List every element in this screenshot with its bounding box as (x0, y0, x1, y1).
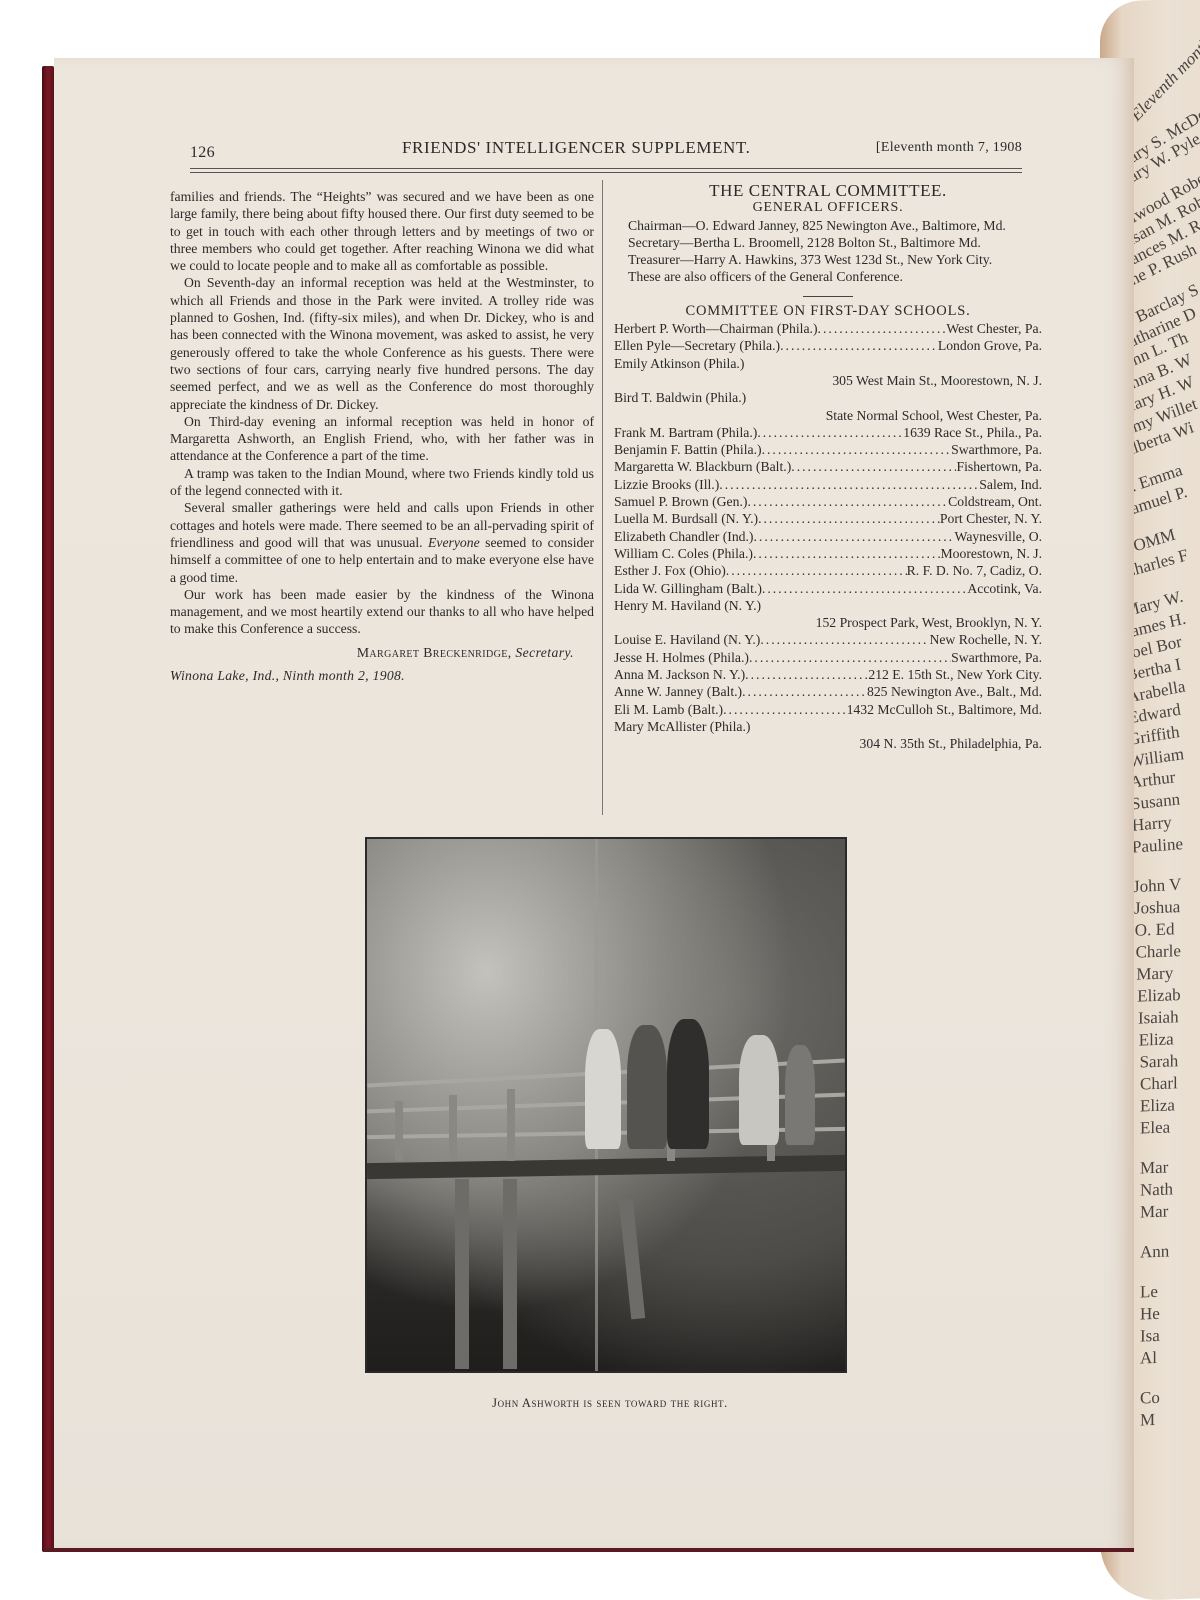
member-location: Fishertown, Pa. (956, 458, 1042, 475)
member-name: Herbert P. Worth—Chairman (Phila.) (614, 320, 818, 337)
leader-dots (747, 493, 948, 510)
leader-dots (753, 528, 954, 545)
facing-page-line: Arthur (1129, 767, 1176, 792)
committee-member: Mary McAllister (Phila.) (614, 718, 1042, 735)
leader-dots (723, 701, 846, 718)
facing-page-line: Mar (1140, 1202, 1168, 1223)
signature-name: Margaret Breckenridge, (357, 645, 516, 660)
committee-member: William C. Coles (Phila.)Moorestown, N. … (614, 545, 1042, 562)
bridge-pile (455, 1179, 469, 1369)
facing-page-line: Al (1140, 1348, 1157, 1369)
committee-member: Emily Atkinson (Phila.) (614, 355, 1042, 372)
paragraph: Several smaller gatherings were held and… (170, 499, 594, 585)
officer-entry: Secretary—Bertha L. Broomell, 2128 Bolto… (614, 234, 1042, 251)
member-location: New Rochelle, N. Y. (929, 631, 1042, 648)
member-name: Esther J. Fox (Ohio) (614, 562, 726, 579)
leader-dots (749, 649, 951, 666)
member-location: 1432 McCulloh St., Baltimore, Md. (847, 701, 1042, 718)
header-rule (190, 168, 1022, 169)
leader-dots (762, 441, 952, 458)
member-location: 1639 Race St., Phila., Pa. (903, 424, 1042, 441)
bridge-pile (503, 1179, 517, 1369)
member-location: Salem, Ind. (979, 476, 1042, 493)
bridge-pile (619, 1199, 645, 1320)
committee-member: Esther J. Fox (Ohio)R. F. D. No. 7, Cadi… (614, 562, 1042, 579)
paragraph: Our work has been made easier by the kin… (170, 586, 594, 638)
member-name: Ellen Pyle—Secretary (Phila.) (614, 337, 780, 354)
committee-member: Bird T. Baldwin (Phila.) (614, 389, 1042, 406)
member-location: Swarthmore, Pa. (951, 441, 1042, 458)
book-spine (42, 66, 54, 1552)
member-location: R. F. D. No. 7, Cadiz, O. (907, 562, 1042, 579)
page-number: 126 (190, 144, 215, 162)
member-address: 305 West Main St., Moorestown, N. J. (614, 372, 1042, 389)
committee-member: Jesse H. Holmes (Phila.)Swarthmore, Pa. (614, 649, 1042, 666)
leader-dots (745, 666, 868, 683)
member-location: Moorestown, N. J. (940, 545, 1042, 562)
paragraph: families and friends. The “Heights” was … (170, 188, 594, 274)
committee-member: Anna M. Jackson N. Y.)212 E. 15th St., N… (614, 666, 1042, 683)
committee-member: Benjamin F. Battin (Phila.)Swarthmore, P… (614, 441, 1042, 458)
member-name: Benjamin F. Battin (Phila.) (614, 441, 762, 458)
person-figure-john-ashworth (667, 1019, 709, 1149)
facing-page-line: He (1140, 1304, 1160, 1325)
member-name: Lida W. Gillingham (Balt.) (614, 580, 762, 597)
facing-page-line: Joshua (1134, 897, 1180, 919)
committee-member: Samuel P. Brown (Gen.)Coldstream, Ont. (614, 493, 1042, 510)
leader-dots (742, 683, 867, 700)
leader-dots (758, 510, 940, 527)
signature-role: Secretary. (515, 645, 574, 660)
person-figure (739, 1035, 779, 1145)
leader-dots (753, 545, 941, 562)
committee-member: Louise E. Haviland (N. Y.)New Rochelle, … (614, 631, 1042, 648)
member-location: Coldstream, Ont. (948, 493, 1042, 510)
committee-member: Anne W. Janney (Balt.)825 Newington Ave.… (614, 683, 1042, 700)
bridge-photograph (365, 837, 847, 1373)
member-location: London Grove, Pa. (938, 337, 1042, 354)
member-name: Mary McAllister (Phila.) (614, 718, 750, 735)
leader-dots (719, 476, 979, 493)
member-name: Frank M. Bartram (Phila.) (614, 424, 757, 441)
right-column-committee: THE CENTRAL COMMITTEE. GENERAL OFFICERS.… (614, 182, 1042, 753)
facing-page-line: Nath (1140, 1179, 1173, 1200)
member-name: Anna M. Jackson N. Y.) (614, 666, 745, 683)
facing-page-line: Isaiah (1138, 1007, 1179, 1028)
committee-member: Frank M. Bartram (Phila.)1639 Race St., … (614, 424, 1042, 441)
leader-dots (780, 337, 938, 354)
member-location: Accotink, Va. (967, 580, 1042, 597)
facing-page-line: Harry (1131, 812, 1172, 835)
facing-page-line: O. Ed (1135, 919, 1175, 940)
person-figure (785, 1045, 815, 1145)
issue-date: [Eleventh month 7, 1908 (876, 140, 1022, 156)
person-figure (585, 1029, 621, 1149)
paragraph: On Seventh-day an informal reception was… (170, 274, 594, 412)
member-name: Margaretta W. Blackburn (Balt.) (614, 458, 791, 475)
officer-entry: Chairman—O. Edward Janney, 825 Newington… (614, 217, 1042, 234)
committee-member: Margaretta W. Blackburn (Balt.)Fishertow… (614, 458, 1042, 475)
facing-page-line: Le (1140, 1282, 1158, 1303)
facing-page-line: Isa (1140, 1326, 1160, 1347)
leader-dots (791, 458, 956, 475)
emphasis: Everyone (428, 535, 480, 550)
member-name: William C. Coles (Phila.) (614, 545, 753, 562)
member-name: Jesse H. Holmes (Phila.) (614, 649, 749, 666)
member-location: Swarthmore, Pa. (951, 649, 1042, 666)
committee-member: Henry M. Haviland (N. Y.) (614, 597, 1042, 614)
committee-member: Lizzie Brooks (Ill.)Salem, Ind. (614, 476, 1042, 493)
leader-dots (762, 580, 967, 597)
facing-page-line: Elea (1140, 1117, 1170, 1138)
facing-page-line: Charl (1140, 1073, 1178, 1094)
dateline: Winona Lake, Ind., Ninth month 2, 1908. (170, 667, 594, 684)
member-name: Luella M. Burdsall (N. Y.) (614, 510, 758, 527)
leader-dots (757, 424, 903, 441)
member-list: Herbert P. Worth—Chairman (Phila.)West C… (614, 320, 1042, 752)
publication-title: FRIENDS' INTELLIGENCER SUPPLEMENT. (402, 138, 751, 158)
section-subtitle: GENERAL OFFICERS. (614, 199, 1042, 216)
facing-page-line: Susann (1130, 789, 1180, 814)
committee-title: COMMITTEE ON FIRST-DAY SCHOOLS. (614, 303, 1042, 320)
member-name: Louise E. Haviland (N. Y.) (614, 631, 760, 648)
committee-member: Ellen Pyle—Secretary (Phila.)London Grov… (614, 337, 1042, 354)
railing-post (449, 1095, 457, 1161)
person-figure (627, 1025, 667, 1149)
leader-dots (726, 562, 907, 579)
member-location: Port Chester, N. Y. (940, 510, 1042, 527)
book-bottom-edge (44, 1548, 1134, 1552)
column-divider (602, 180, 603, 815)
member-name: Anne W. Janney (Balt.) (614, 683, 742, 700)
facing-page-line: Mar (1140, 1158, 1168, 1179)
officer-note: These are also officers of the General C… (614, 268, 1042, 285)
officer-entry: Treasurer—Harry A. Hawkins, 373 West 123… (614, 251, 1042, 268)
facing-page-line: Co (1140, 1388, 1160, 1409)
member-address: 304 N. 35th St., Philadelphia, Pa. (614, 735, 1042, 752)
page-header: 126 FRIENDS' INTELLIGENCER SUPPLEMENT. [… (190, 138, 1022, 164)
member-name: Elizabeth Chandler (Ind.) (614, 528, 753, 545)
member-address: 152 Prospect Park, West, Brooklyn, N. Y. (614, 614, 1042, 631)
member-address: State Normal School, West Chester, Pa. (614, 407, 1042, 424)
paragraph: A tramp was taken to the Indian Mound, w… (170, 465, 594, 500)
section-rule (803, 296, 853, 297)
railing-post (395, 1101, 403, 1161)
member-name: Emily Atkinson (Phila.) (614, 355, 744, 372)
member-name: Bird T. Baldwin (Phila.) (614, 389, 746, 406)
facing-page-line: M (1140, 1410, 1155, 1431)
member-name: Henry M. Haviland (N. Y.) (614, 597, 761, 614)
member-location: West Chester, Pa. (946, 320, 1042, 337)
member-location: Waynesville, O. (955, 528, 1042, 545)
railing-post (507, 1089, 515, 1161)
member-name: Lizzie Brooks (Ill.) (614, 476, 719, 493)
leader-dots (760, 631, 929, 648)
left-column-article: families and friends. The “Heights” was … (170, 188, 594, 684)
facing-page-line: Ann (1140, 1242, 1169, 1263)
facing-page-line: Eliza (1140, 1095, 1175, 1116)
committee-member: Eli M. Lamb (Balt.)1432 McCulloh St., Ba… (614, 701, 1042, 718)
facing-page-line: Sarah (1140, 1051, 1179, 1072)
facing-page-line: Mary (1136, 963, 1173, 984)
header-rule-double (190, 172, 1022, 173)
committee-member: Elizabeth Chandler (Ind.)Waynesville, O. (614, 528, 1042, 545)
facing-page-line: John V (1133, 875, 1182, 898)
paragraph: On Third-day evening an informal recepti… (170, 413, 594, 465)
committee-member: Herbert P. Worth—Chairman (Phila.)West C… (614, 320, 1042, 337)
facing-page-line: Elizab (1137, 985, 1180, 1007)
facing-page-line: Charle (1136, 941, 1181, 963)
member-name: Eli M. Lamb (Balt.) (614, 701, 723, 718)
signature: Margaret Breckenridge, Secretary. (170, 644, 594, 661)
facing-page-line: Pauline (1132, 834, 1184, 858)
leader-dots (818, 320, 947, 337)
facing-page-line: Eliza (1139, 1029, 1174, 1050)
section-title: THE CENTRAL COMMITTEE. (614, 182, 1042, 199)
member-name: Samuel P. Brown (Gen.) (614, 493, 747, 510)
member-location: 825 Newington Ave., Balt., Md. (867, 683, 1042, 700)
photo-caption: John Ashworth is seen toward the right. (440, 1396, 780, 1411)
member-location: 212 E. 15th St., New York City. (868, 666, 1042, 683)
committee-member: Lida W. Gillingham (Balt.)Accotink, Va. (614, 580, 1042, 597)
committee-member: Luella M. Burdsall (N. Y.)Port Chester, … (614, 510, 1042, 527)
